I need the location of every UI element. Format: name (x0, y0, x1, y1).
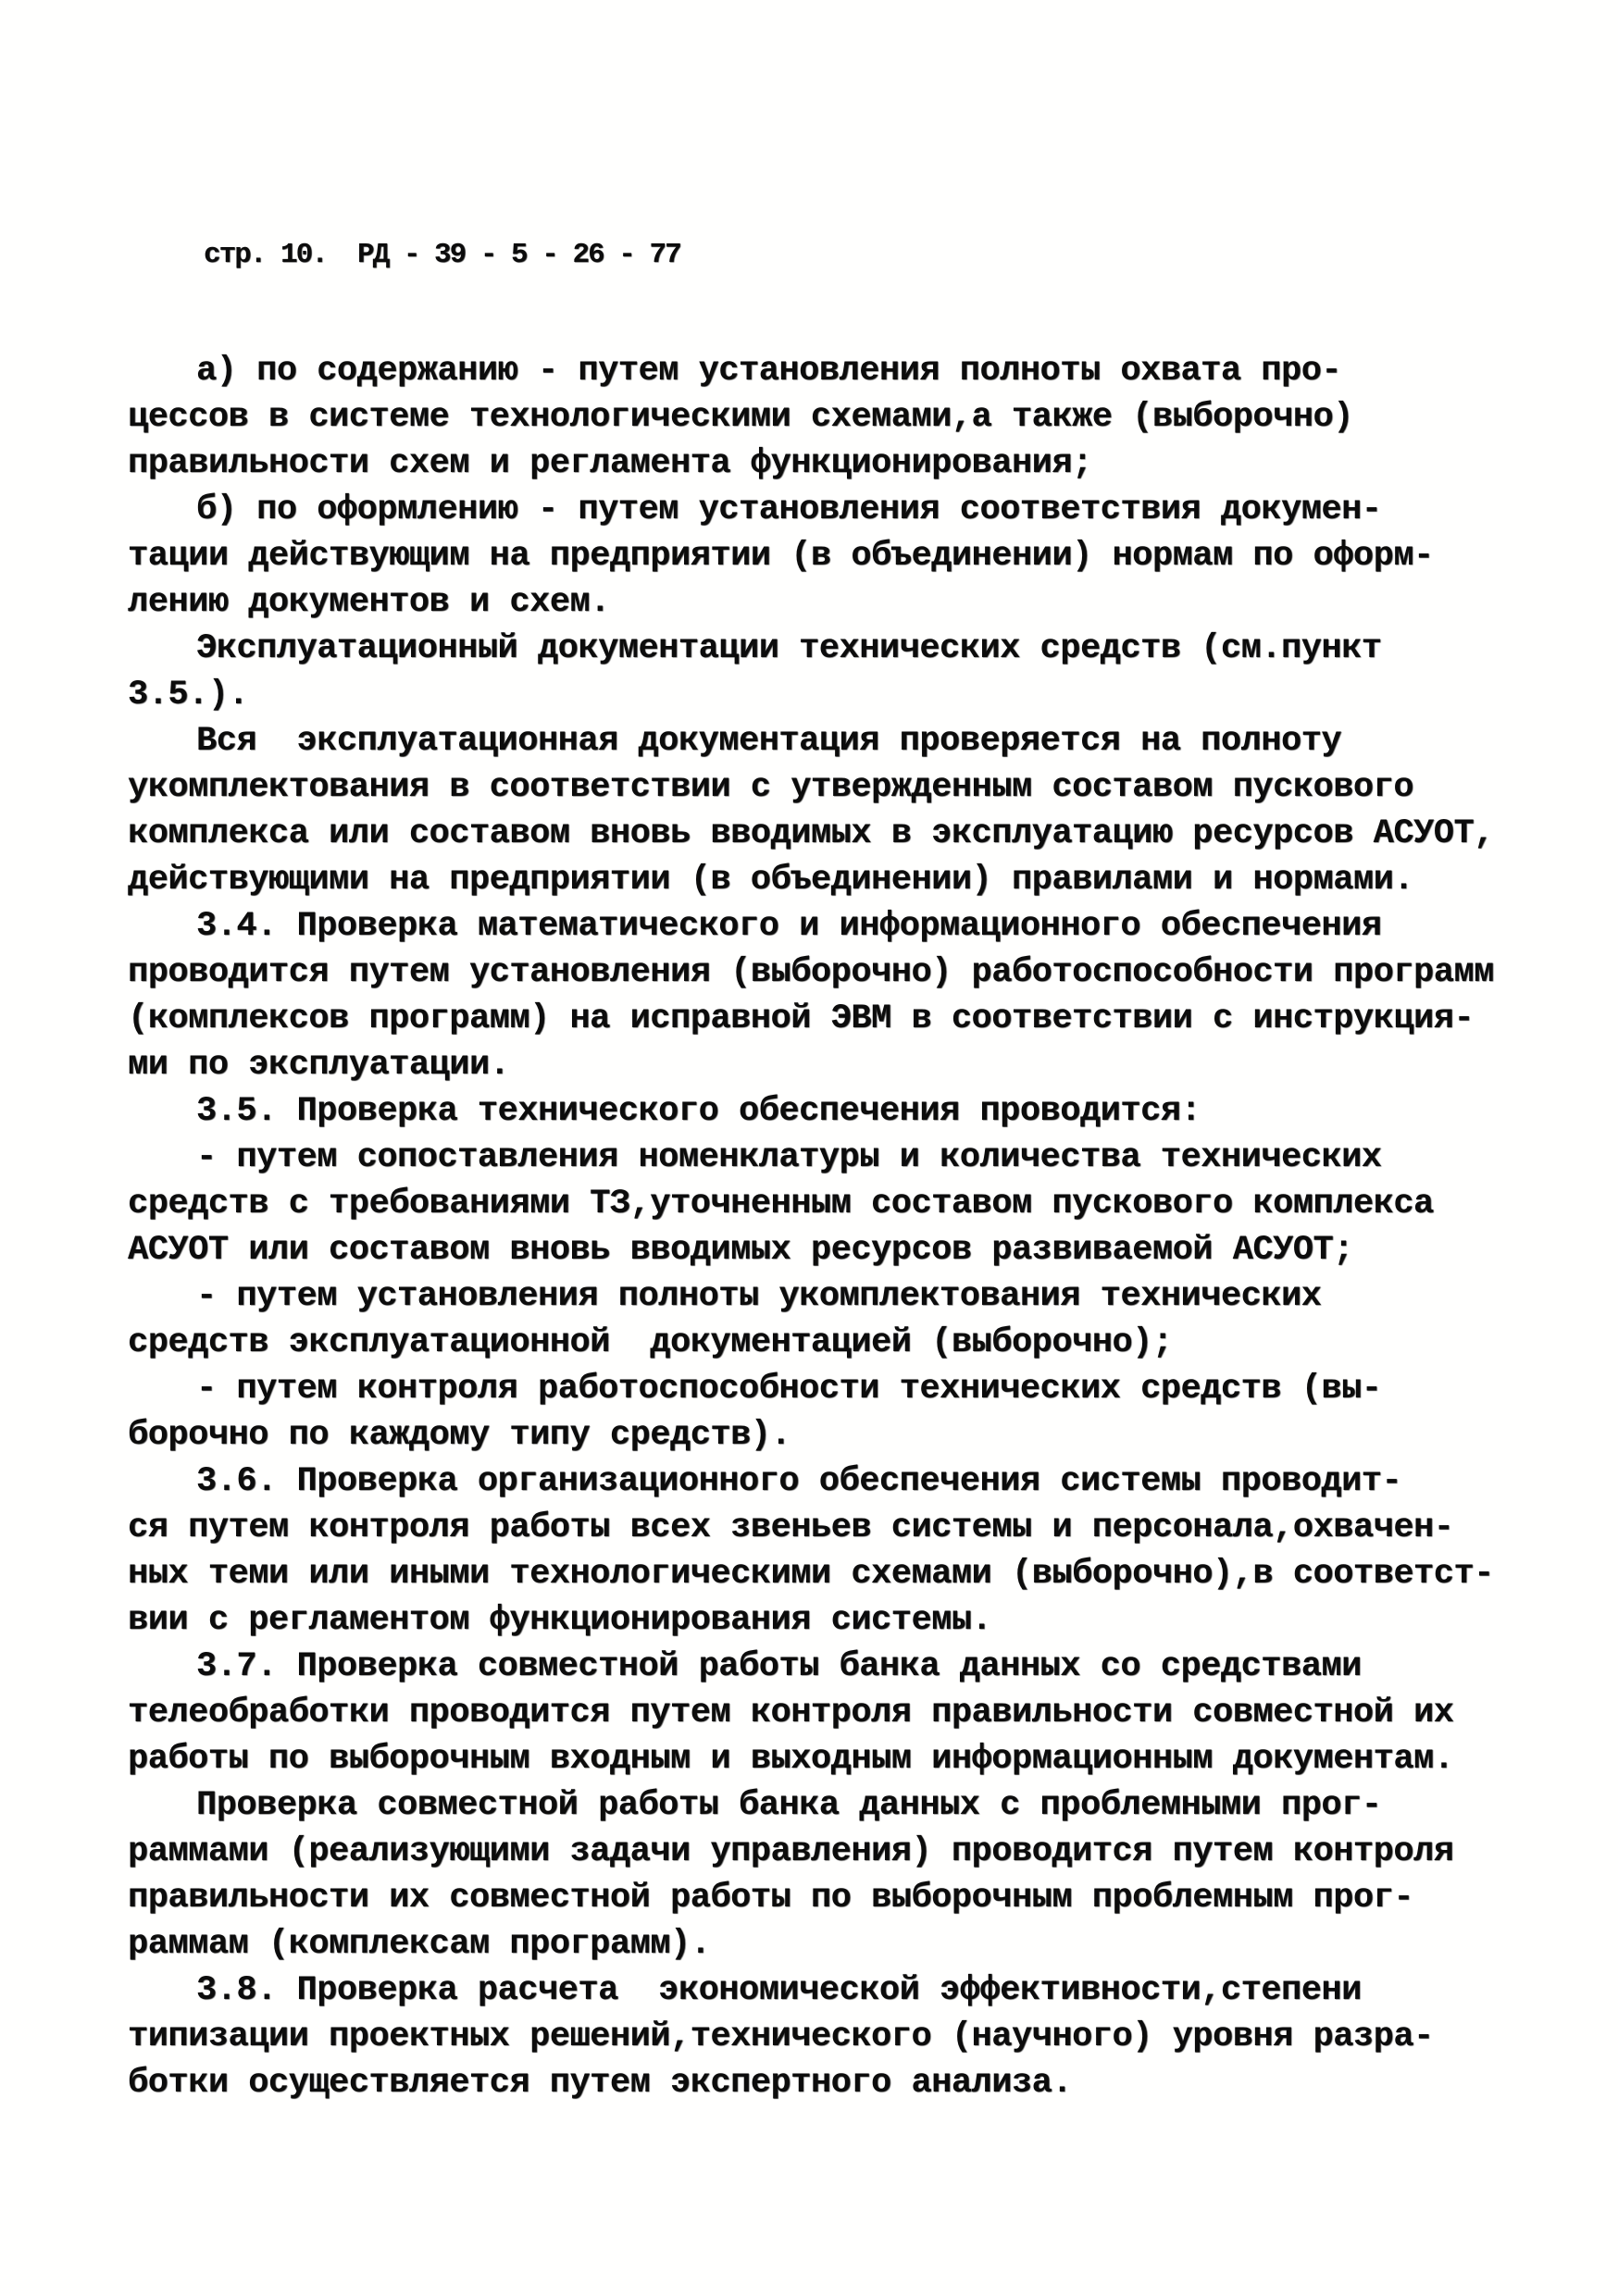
text-line: правильности их совместной работы по выб… (128, 1875, 1572, 1921)
text-line: (комплексов программ) на исправной ЭВМ в… (128, 996, 1572, 1042)
text-line: работы по выборочным входным и выходным … (128, 1736, 1572, 1782)
text-line: проводится путем установления (выборочно… (128, 949, 1572, 996)
text-line: б) по оформлению - путем установления со… (128, 487, 1572, 533)
text-line: ботки осуществляется путем экспертного а… (128, 2060, 1572, 2106)
text-line: ми по эксплуатации. (128, 1042, 1572, 1088)
scanned-document-page: стр. 10. РД - 39 - 5 - 26 - 77 а) по сод… (0, 0, 1618, 2296)
text-line: укомплектования в соответствии с утвержд… (128, 764, 1572, 811)
text-line: 3.5. Проверка технического обеспечения п… (128, 1088, 1572, 1135)
text-line: Эксплуатационный документации технически… (128, 626, 1572, 672)
text-line: 3.5.). (128, 672, 1572, 718)
text-line: ных теми или иными технологическими схем… (128, 1551, 1572, 1597)
text-line: 3.8. Проверка расчета экономической эффе… (128, 1967, 1572, 2014)
page-header: стр. 10. РД - 39 - 5 - 26 - 77 (204, 239, 680, 271)
text-line: 3.7. Проверка совместной работы банка да… (128, 1644, 1572, 1690)
text-line: - путем сопоставления номенклатуры и кол… (128, 1135, 1572, 1181)
text-line: лению документов и схем. (128, 579, 1572, 626)
text-line: а) по содержанию - путем установления по… (128, 348, 1572, 394)
text-line: борочно по каждому типу средств). (128, 1412, 1572, 1458)
text-line: - путем установления полноты укомплектов… (128, 1273, 1572, 1320)
text-line: 3.6. Проверка организационного обеспечен… (128, 1458, 1572, 1505)
text-line: действующими на предприятии (в объединен… (128, 857, 1572, 903)
text-line: АСУОТ или составом вновь вводимых ресурс… (128, 1227, 1572, 1273)
text-line: вии с регламентом функционирования систе… (128, 1597, 1572, 1644)
text-line: 3.4. Проверка математического и информац… (128, 903, 1572, 949)
text-line: комплекса или составом вновь вводимых в … (128, 811, 1572, 857)
text-line: типизации проектных решений,технического… (128, 2014, 1572, 2060)
text-line: раммам (комплексам программ). (128, 1921, 1572, 1967)
text-line: телеобработки проводится путем контроля … (128, 1690, 1572, 1736)
text-line: раммами (реализующими задачи управления)… (128, 1829, 1572, 1875)
text-line: цессов в системе технологическими схемам… (128, 394, 1572, 441)
text-line: тации действующим на предприятии (в объе… (128, 533, 1572, 579)
document-body: а) по содержанию - путем установления по… (128, 348, 1572, 2106)
text-line: Проверка совместной работы банка данных … (128, 1782, 1572, 1829)
text-line: Вся эксплуатационная документация провер… (128, 718, 1572, 764)
text-line: средств с требованиями ТЗ,уточненным сос… (128, 1181, 1572, 1227)
text-line: - путем контроля работоспособности техни… (128, 1366, 1572, 1412)
text-line: средств эксплуатационной документацией (… (128, 1320, 1572, 1366)
text-line: ся путем контроля работы всех звеньев си… (128, 1505, 1572, 1551)
text-line: правильности схем и регламента функциони… (128, 441, 1572, 487)
